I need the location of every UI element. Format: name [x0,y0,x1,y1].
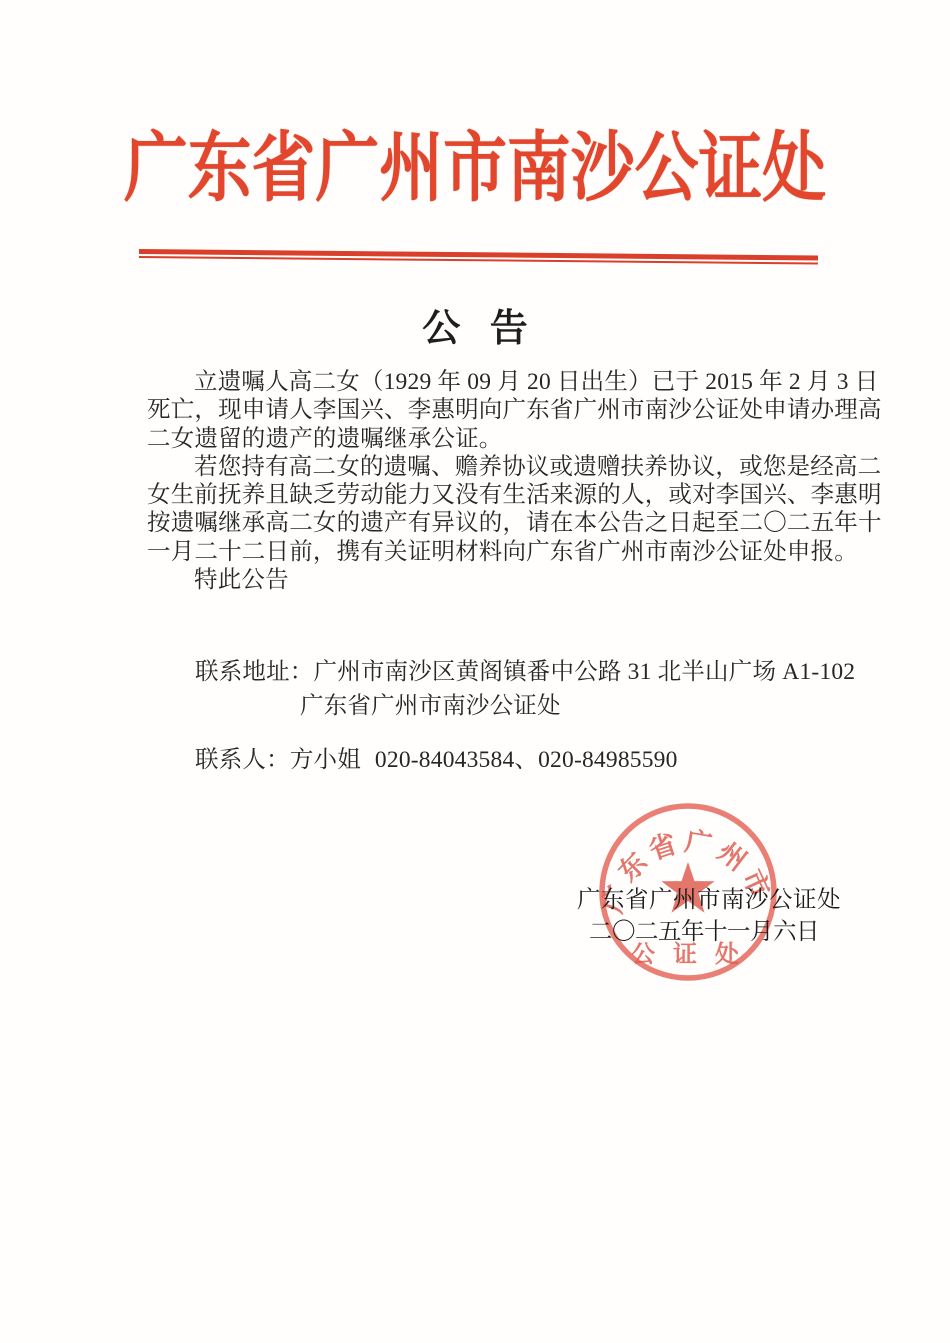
contact-person-line: 联系人：方小姐020-84043584、020-84985590 [195,740,678,774]
scanned-notary-announcement-page: 广东省广州市南沙公证处 公 告 立遗嘱人高二女（1929 年 09 月 20 日… [0,0,950,1343]
letterhead-title: 广东省广州市南沙公证处 [76,126,874,213]
contact-person-value: 方小姐 [290,747,361,773]
contact-address-label: 联系地址： [195,659,314,685]
announcement-body: 立遗嘱人高二女（1929 年 09 月 20 日出生）已于 2015 年 2 月… [147,368,827,594]
letterhead-divider [139,249,818,265]
signature-organization: 广东省广州市南沙公证处 [577,880,841,914]
contact-person-label: 联系人： [195,747,290,773]
body-line: 按遗嘱继承高二女的遗产有异议的，请在本公告之日起至二〇二五年十 [147,509,827,537]
body-line: 死亡，现申请人李国兴、李惠明向广东省广州市南沙公证处申请办理高 [147,396,827,424]
contact-address-line2: 广东省广州市南沙公证处 [300,686,561,720]
document-title: 公 告 [0,297,950,352]
contact-address-line: 联系地址：广州市南沙区黄阁镇番中公路 31 北半山广场 A1-102 [195,652,855,686]
body-line: 女生前抚养且缺乏劳动能力又没有生活来源的人，或对李国兴、李惠明 [147,481,827,509]
body-line: 一月二十二日前，携有关证明材料向广东省广州市南沙公证处申报。 [147,538,827,566]
signature-date: 二〇二五年十一月六日 [589,912,819,946]
body-line: 立遗嘱人高二女（1929 年 09 月 20 日出生）已于 2015 年 2 月… [147,368,827,396]
contact-address-value: 广州市南沙区黄阁镇番中公路 31 北半山广场 A1-102 [314,659,856,685]
contact-phones: 020-84043584、020-84985590 [375,747,678,773]
closing-line: 特此公告 [147,566,827,594]
body-line: 若您持有高二女的遗嘱、赡养协议或遗赠扶养协议，或您是经高二 [147,453,827,481]
body-line: 二女遗留的遗产的遗嘱继承公证。 [147,425,827,453]
